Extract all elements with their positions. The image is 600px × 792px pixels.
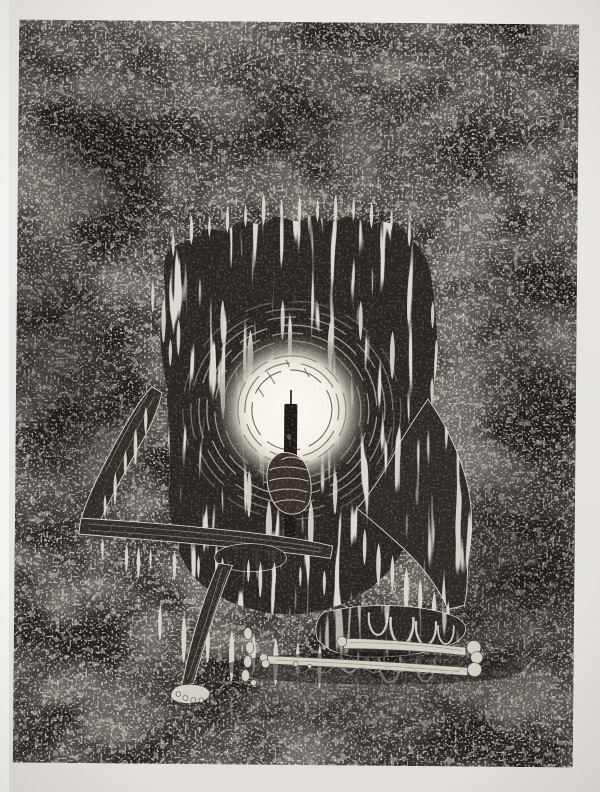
print-photograph — [0, 0, 600, 792]
photo-vignette — [0, 0, 600, 792]
artwork-photo — [0, 0, 600, 792]
